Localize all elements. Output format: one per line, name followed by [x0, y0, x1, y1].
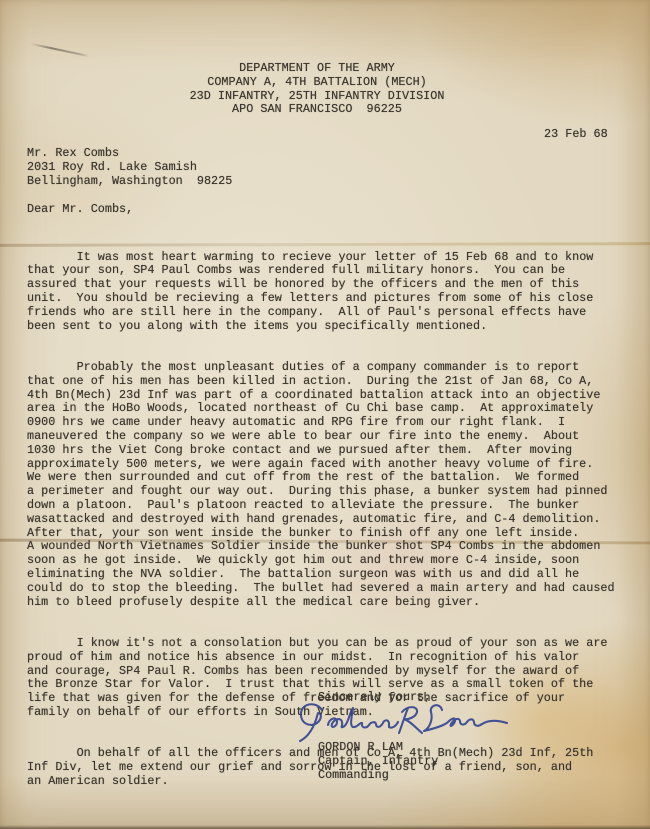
salutation: Dear Mr. Combs, — [27, 203, 133, 217]
signature-script — [296, 700, 511, 746]
body-paragraph-2: Probably the most unpleasant duties of a… — [27, 361, 642, 609]
pencil-mark — [30, 43, 89, 57]
letterhead: DEPARTMENT OF THE ARMY COMPANY A, 4TH BA… — [0, 62, 634, 117]
recipient-address: Mr. Rex Combs 2031 Roy Rd. Lake Samish B… — [27, 147, 232, 188]
date-line: 23 Feb 68 — [544, 128, 608, 142]
body-paragraph-1: It was most heart warming to recieve you… — [27, 251, 642, 334]
signer-block: GORDON R LAM Captain, Infantry Commandin… — [318, 741, 438, 782]
letter-page: DEPARTMENT OF THE ARMY COMPANY A, 4TH BA… — [0, 0, 650, 829]
